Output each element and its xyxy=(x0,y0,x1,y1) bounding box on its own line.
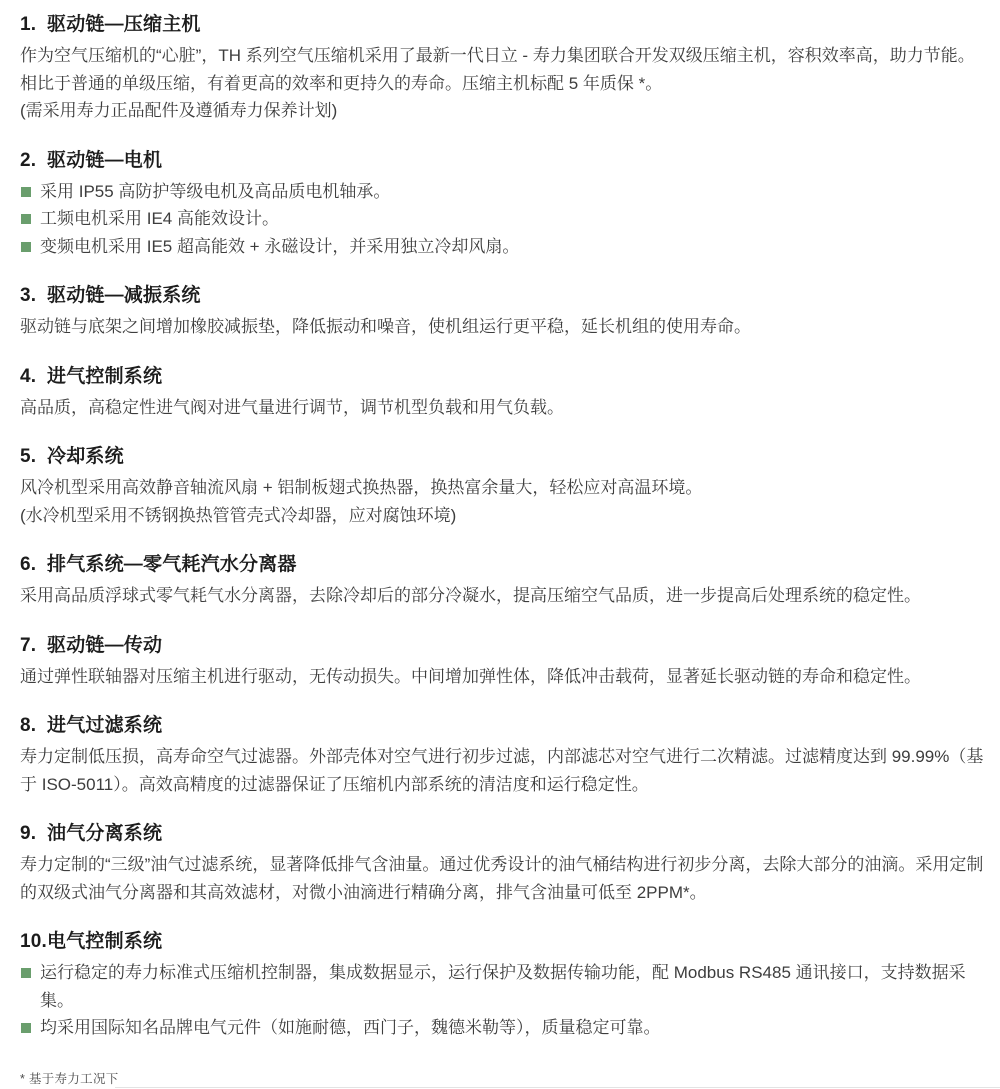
bullet-item: 运行稳定的寿力标准式压缩机控制器，集成数据显示，运行保护及数据传输功能，配 Mo… xyxy=(20,959,984,1014)
bullet-item: 变频电机采用 IE5 超高能效 + 永磁设计，并采用独立冷却风扇。 xyxy=(20,233,984,261)
section-heading: 7. 驱动链—传动 xyxy=(20,634,984,657)
section-number: 2. xyxy=(20,149,47,172)
section-title: 驱动链—减振系统 xyxy=(47,284,201,307)
section-body: 寿力定制的“三级”油气过滤系统，显著降低排气含油量。通过优秀设计的油气桶结构进行… xyxy=(20,851,984,906)
section-title: 驱动链—压缩主机 xyxy=(47,13,201,36)
bullet-text: 变频电机采用 IE5 超高能效 + 永磁设计，并采用独立冷却风扇。 xyxy=(40,233,984,261)
section-paragraph: (水冷机型采用不锈钢换热管管壳式冷却器，应对腐蚀环境) xyxy=(20,502,984,530)
section-title: 驱动链—传动 xyxy=(47,634,162,657)
bullet-square-icon xyxy=(21,968,31,978)
section-paragraph: 作为空气压缩机的“心脏”，TH 系列空气压缩机采用了最新一代日立 - 寿力集团联… xyxy=(20,42,984,97)
section-body: 作为空气压缩机的“心脏”，TH 系列空气压缩机采用了最新一代日立 - 寿力集团联… xyxy=(20,42,984,125)
section-body: 采用 IP55 高防护等级电机及高品质电机轴承。工频电机采用 IE4 高能效设计… xyxy=(20,178,984,261)
section-body: 寿力定制低压损，高寿命空气过滤器。外部壳体对空气进行初步过滤，内部滤芯对空气进行… xyxy=(20,743,984,798)
feature-section-7: 7. 驱动链—传动 通过弹性联轴器对压缩主机进行驱动，无传动损失。中间增加弹性体… xyxy=(20,634,984,691)
section-number: 5. xyxy=(20,445,47,468)
section-paragraph: 寿力定制低压损，高寿命空气过滤器。外部壳体对空气进行初步过滤，内部滤芯对空气进行… xyxy=(20,743,984,798)
section-title: 进气过滤系统 xyxy=(47,714,162,737)
feature-section-9: 9. 油气分离系统 寿力定制的“三级”油气过滤系统，显著降低排气含油量。通过优秀… xyxy=(20,822,984,906)
feature-section-1: 1. 驱动链—压缩主机 作为空气压缩机的“心脏”，TH 系列空气压缩机采用了最新… xyxy=(20,13,984,125)
section-number: 8. xyxy=(20,714,47,737)
section-body: 采用高品质浮球式零气耗气水分离器，去除冷却后的部分冷凝水，提高压缩空气品质，进一… xyxy=(20,582,984,610)
feature-section-4: 4. 进气控制系统 高品质，高稳定性进气阀对进气量进行调节，调节机型负载和用气负… xyxy=(20,365,984,422)
feature-section-5: 5. 冷却系统 风冷机型采用高效静音轴流风扇 + 铝制板翅式换热器，换热富余量大… xyxy=(20,445,984,529)
section-body: 驱动链与底架之间增加橡胶减振垫，降低振动和噪音，使机组运行更平稳，延长机组的使用… xyxy=(20,313,984,341)
feature-section-3: 3. 驱动链—减振系统 驱动链与底架之间增加橡胶减振垫，降低振动和噪音，使机组运… xyxy=(20,284,984,341)
section-title: 排气系统—零气耗汽水分离器 xyxy=(47,553,297,576)
section-heading: 5. 冷却系统 xyxy=(20,445,984,468)
section-number: 10. xyxy=(20,930,47,953)
feature-section-10: 10. 电气控制系统 运行稳定的寿力标准式压缩机控制器，集成数据显示，运行保护及… xyxy=(20,930,984,1042)
section-number: 7. xyxy=(20,634,47,657)
section-number: 6. xyxy=(20,553,47,576)
section-heading: 3. 驱动链—减振系统 xyxy=(20,284,984,307)
section-paragraph: 采用高品质浮球式零气耗气水分离器，去除冷却后的部分冷凝水，提高压缩空气品质，进一… xyxy=(20,582,984,610)
feature-section-8: 8. 进气过滤系统 寿力定制低压损，高寿命空气过滤器。外部壳体对空气进行初步过滤… xyxy=(20,714,984,798)
section-body: 运行稳定的寿力标准式压缩机控制器，集成数据显示，运行保护及数据传输功能，配 Mo… xyxy=(20,959,984,1042)
feature-sections-list: 1. 驱动链—压缩主机 作为空气压缩机的“心脏”，TH 系列空气压缩机采用了最新… xyxy=(20,13,984,1042)
section-title: 驱动链—电机 xyxy=(47,149,162,172)
feature-section-6: 6. 排气系统—零气耗汽水分离器 采用高品质浮球式零气耗气水分离器，去除冷却后的… xyxy=(20,553,984,610)
bullet-square-icon xyxy=(21,242,31,252)
section-heading: 1. 驱动链—压缩主机 xyxy=(20,13,984,36)
section-paragraph: (需采用寿力正品配件及遵循寿力保养计划) xyxy=(20,97,984,125)
section-paragraph: 通过弹性联轴器对压缩主机进行驱动，无传动损失。中间增加弹性体，降低冲击载荷，显著… xyxy=(20,663,984,691)
section-title: 冷却系统 xyxy=(47,445,124,468)
bullet-item: 均采用国际知名品牌电气元件（如施耐德，西门子，魏德米勒等），质量稳定可靠。 xyxy=(20,1014,984,1042)
section-paragraph: 高品质，高稳定性进气阀对进气量进行调节，调节机型负载和用气负载。 xyxy=(20,394,984,422)
bullet-text: 采用 IP55 高防护等级电机及高品质电机轴承。 xyxy=(40,178,984,206)
section-paragraph: 风冷机型采用高效静音轴流风扇 + 铝制板翅式换热器，换热富余量大，轻松应对高温环… xyxy=(20,474,984,502)
section-heading: 10. 电气控制系统 xyxy=(20,930,984,953)
bullet-item: 采用 IP55 高防护等级电机及高品质电机轴承。 xyxy=(20,178,984,206)
section-number: 3. xyxy=(20,284,47,307)
section-body: 高品质，高稳定性进气阀对进气量进行调节，调节机型负载和用气负载。 xyxy=(20,394,984,422)
bullet-item: 工频电机采用 IE4 高能效设计。 xyxy=(20,205,984,233)
bullet-square-icon xyxy=(21,187,31,197)
section-body: 风冷机型采用高效静音轴流风扇 + 铝制板翅式换热器，换热富余量大，轻松应对高温环… xyxy=(20,474,984,529)
bullet-square-icon xyxy=(21,214,31,224)
feature-section-2: 2. 驱动链—电机 采用 IP55 高防护等级电机及高品质电机轴承。工频电机采用… xyxy=(20,149,984,261)
section-number: 9. xyxy=(20,822,47,845)
section-number: 1. xyxy=(20,13,47,36)
section-title: 电气控制系统 xyxy=(47,930,162,953)
section-title: 油气分离系统 xyxy=(47,822,162,845)
document-page: 1. 驱动链—压缩主机 作为空气压缩机的“心脏”，TH 系列空气压缩机采用了最新… xyxy=(0,0,1000,1089)
footnote: * 基于寿力工况下 xyxy=(20,1069,984,1087)
section-heading: 9. 油气分离系统 xyxy=(20,822,984,845)
section-heading: 4. 进气控制系统 xyxy=(20,365,984,388)
section-number: 4. xyxy=(20,365,47,388)
bullet-text: 均采用国际知名品牌电气元件（如施耐德，西门子，魏德米勒等），质量稳定可靠。 xyxy=(40,1014,984,1042)
bullet-text: 运行稳定的寿力标准式压缩机控制器，集成数据显示，运行保护及数据传输功能，配 Mo… xyxy=(40,959,984,1014)
section-heading: 2. 驱动链—电机 xyxy=(20,149,984,172)
section-title: 进气控制系统 xyxy=(47,365,162,388)
section-paragraph: 寿力定制的“三级”油气过滤系统，显著降低排气含油量。通过优秀设计的油气桶结构进行… xyxy=(20,851,984,906)
section-heading: 6. 排气系统—零气耗汽水分离器 xyxy=(20,553,984,576)
bullet-text: 工频电机采用 IE4 高能效设计。 xyxy=(40,205,984,233)
bottom-divider xyxy=(115,1087,1000,1088)
bullet-square-icon xyxy=(21,1023,31,1033)
section-paragraph: 驱动链与底架之间增加橡胶减振垫，降低振动和噪音，使机组运行更平稳，延长机组的使用… xyxy=(20,313,984,341)
section-heading: 8. 进气过滤系统 xyxy=(20,714,984,737)
section-body: 通过弹性联轴器对压缩主机进行驱动，无传动损失。中间增加弹性体，降低冲击载荷，显著… xyxy=(20,663,984,691)
